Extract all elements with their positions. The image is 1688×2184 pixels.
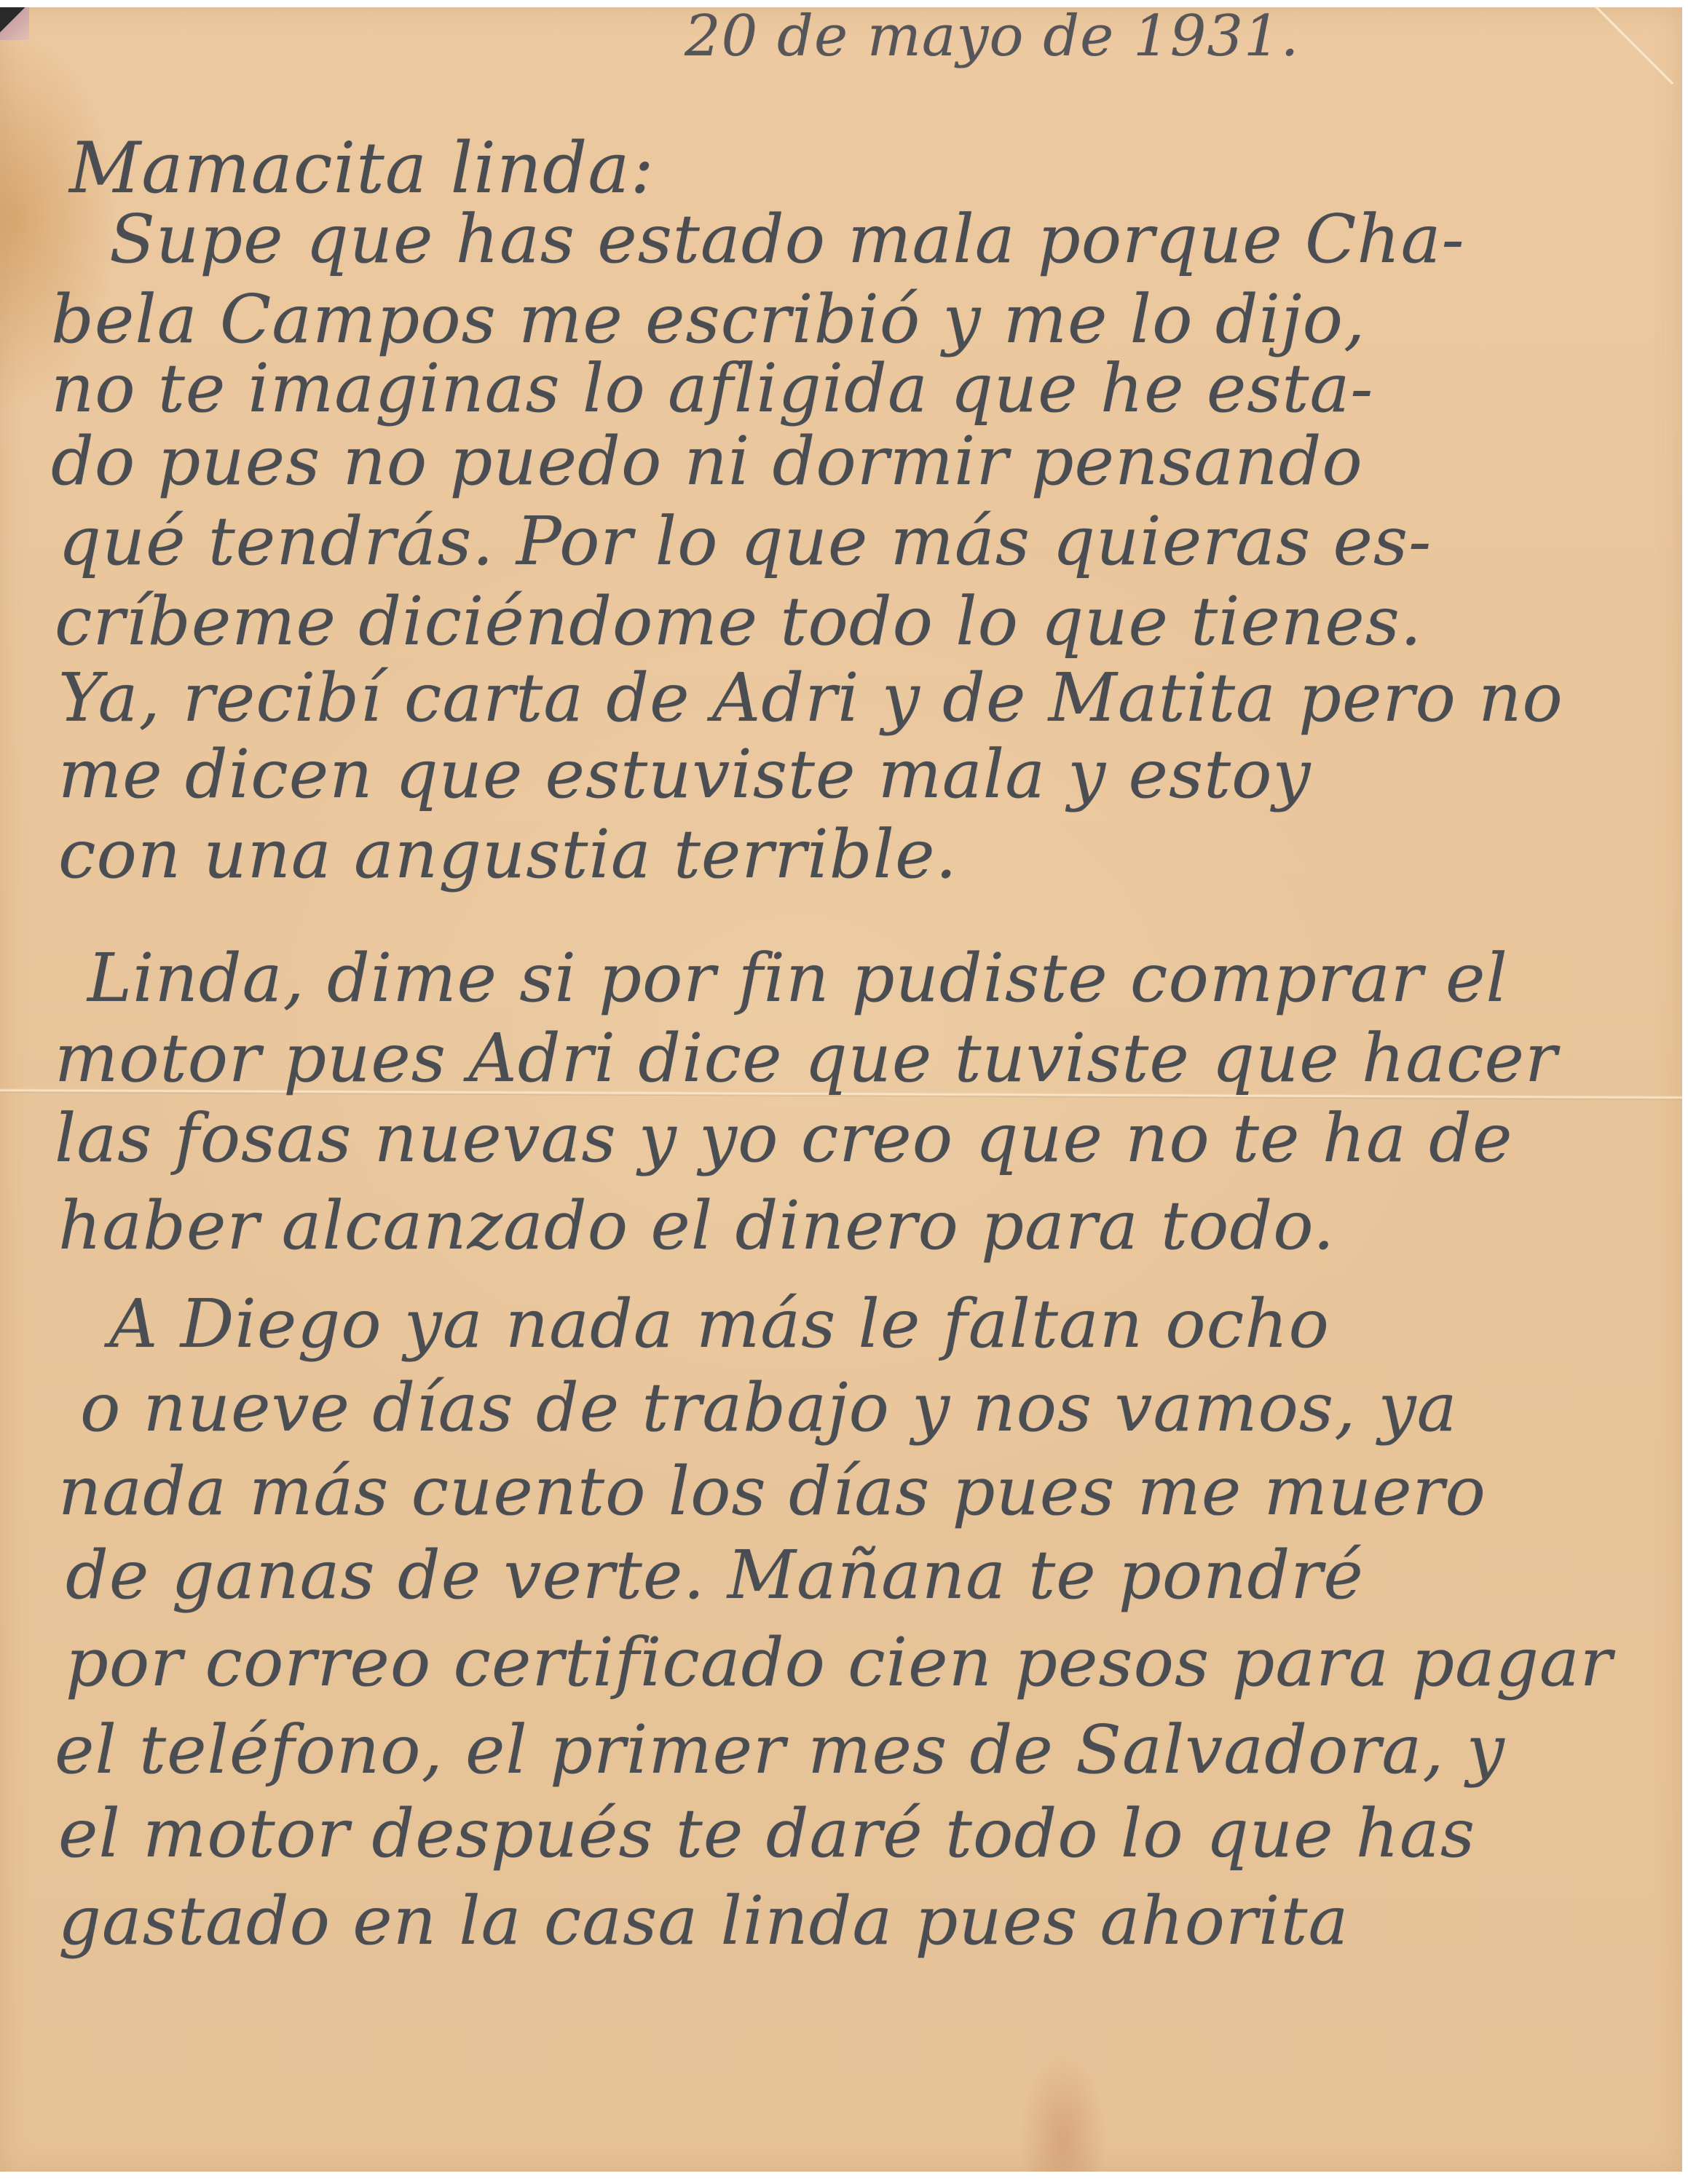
letter-line: con una angustia terrible. xyxy=(58,815,958,893)
letter-line: Linda, dime si por fin pudiste comprar e… xyxy=(87,939,1508,1017)
letter-line: críbeme diciéndome todo lo que tienes. xyxy=(55,582,1422,660)
letter-line: por correo certificado cien pesos para p… xyxy=(66,1623,1613,1701)
letter-line: Ya, recibí carta de Adri y de Matita per… xyxy=(58,659,1563,737)
letter-line: qué tendrás. Por lo que más quieras es- xyxy=(58,502,1432,580)
letter-line: do pues no puedo ni dormir pensando xyxy=(51,422,1363,500)
letter-line: o nueve días de trabajo y nos vamos, ya xyxy=(80,1369,1457,1447)
letter-line: nada más cuento los días pues me muero xyxy=(58,1452,1486,1530)
letter-line: no te imaginas lo afligida que he esta- xyxy=(51,349,1373,427)
letter-line: haber alcanzado el dinero para todo. xyxy=(58,1187,1335,1265)
letter-salutation: Mamacita linda: xyxy=(69,127,655,209)
torn-corner xyxy=(0,7,29,40)
letter-line: me dicen que estuviste mala y estoy xyxy=(58,735,1312,813)
letter-line: el teléfono, el primer mes de Salvadora,… xyxy=(55,1711,1505,1789)
letter-line: motor pues Adri dice que tuviste que hac… xyxy=(55,1019,1558,1097)
letter-line: de ganas de verte. Mañana te pondré xyxy=(66,1536,1364,1614)
letter-line: las fosas nuevas y yo creo que no te ha … xyxy=(55,1099,1513,1177)
letter-line: Supe que has estado mala porque Cha- xyxy=(109,200,1465,278)
letter-line: A Diego ya nada más le faltan ocho xyxy=(109,1285,1330,1363)
letter-date: 20 de mayo de 1931. xyxy=(685,4,1299,69)
letter-line: bela Campos me escribió y me lo dijo, xyxy=(51,280,1365,358)
letter-line: gastado en la casa linda pues ahorita xyxy=(58,1882,1349,1960)
letter-line: el motor después te daré todo lo que has xyxy=(58,1795,1475,1872)
